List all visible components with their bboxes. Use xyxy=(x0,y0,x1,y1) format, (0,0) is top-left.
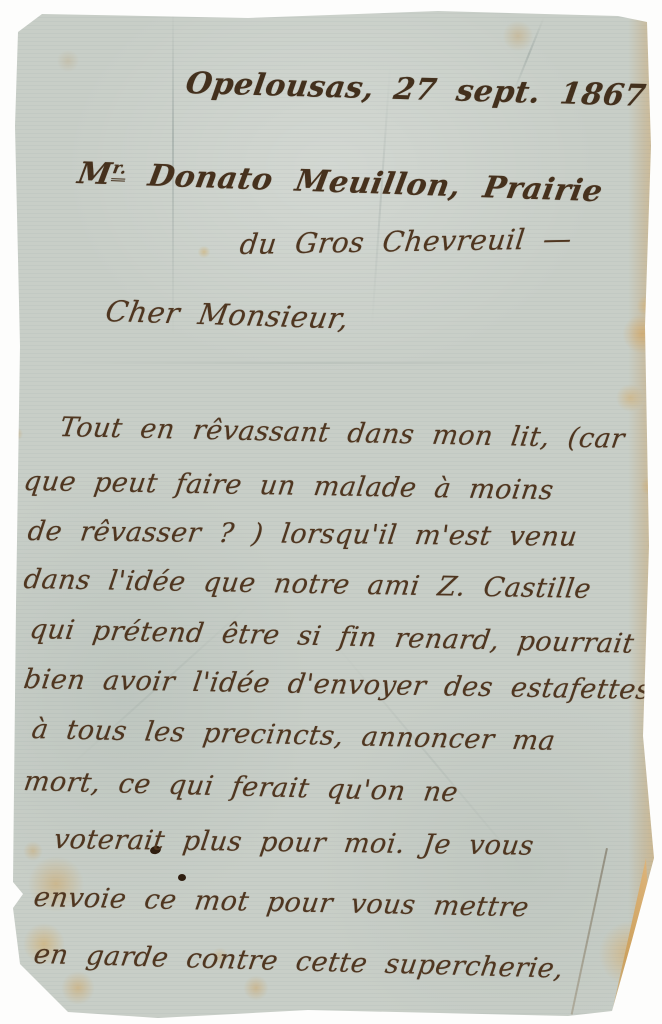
recipient-honorific-superscript: r. xyxy=(111,158,129,181)
paper-crease xyxy=(48,362,608,364)
body-line: de rêvasser ? ) lorsqu'il m'est venu xyxy=(26,516,579,553)
body-line: qui prétend être si fin renard, pourrait xyxy=(28,614,637,660)
body-line: Tout en rêvassant dans mon lit, (car xyxy=(58,412,627,455)
body-line: mort, ce qui ferait qu'on ne xyxy=(22,766,461,808)
recipient-honorific: M xyxy=(75,156,115,192)
letter-paper: Opelousas, 27 sept. 1867 Mr. Donato Meui… xyxy=(8,6,654,1018)
body-line: envoie ce mot pour vous mettre xyxy=(32,882,531,923)
body-line: bien avoir l'idée d'envoyer des estafett… xyxy=(22,664,653,706)
body-line: en garde contre cette supercherie, xyxy=(32,939,566,985)
salutation: Cher Monsieur, xyxy=(103,294,352,335)
fold-line xyxy=(571,848,608,1015)
body-line: à tous les precincts, annoncer ma xyxy=(30,714,558,757)
body-line: dans l'idée que notre ami Z. Castille xyxy=(22,564,593,605)
recipient-line-1: Mr. Donato Meuillon, Prairie xyxy=(75,156,606,209)
torn-corner-flap xyxy=(594,852,654,1018)
recipient-line-2: du Gros Chevreuil — xyxy=(238,222,574,261)
dateline: Opelousas, 27 sept. 1867 xyxy=(183,66,648,114)
body-line: voterait plus pour moi. Je vous xyxy=(52,824,536,862)
recipient-name: Donato Meuillon, Prairie xyxy=(145,159,605,210)
body-line: que peut faire un malade à moins xyxy=(22,466,556,506)
ink-blot xyxy=(178,874,186,881)
